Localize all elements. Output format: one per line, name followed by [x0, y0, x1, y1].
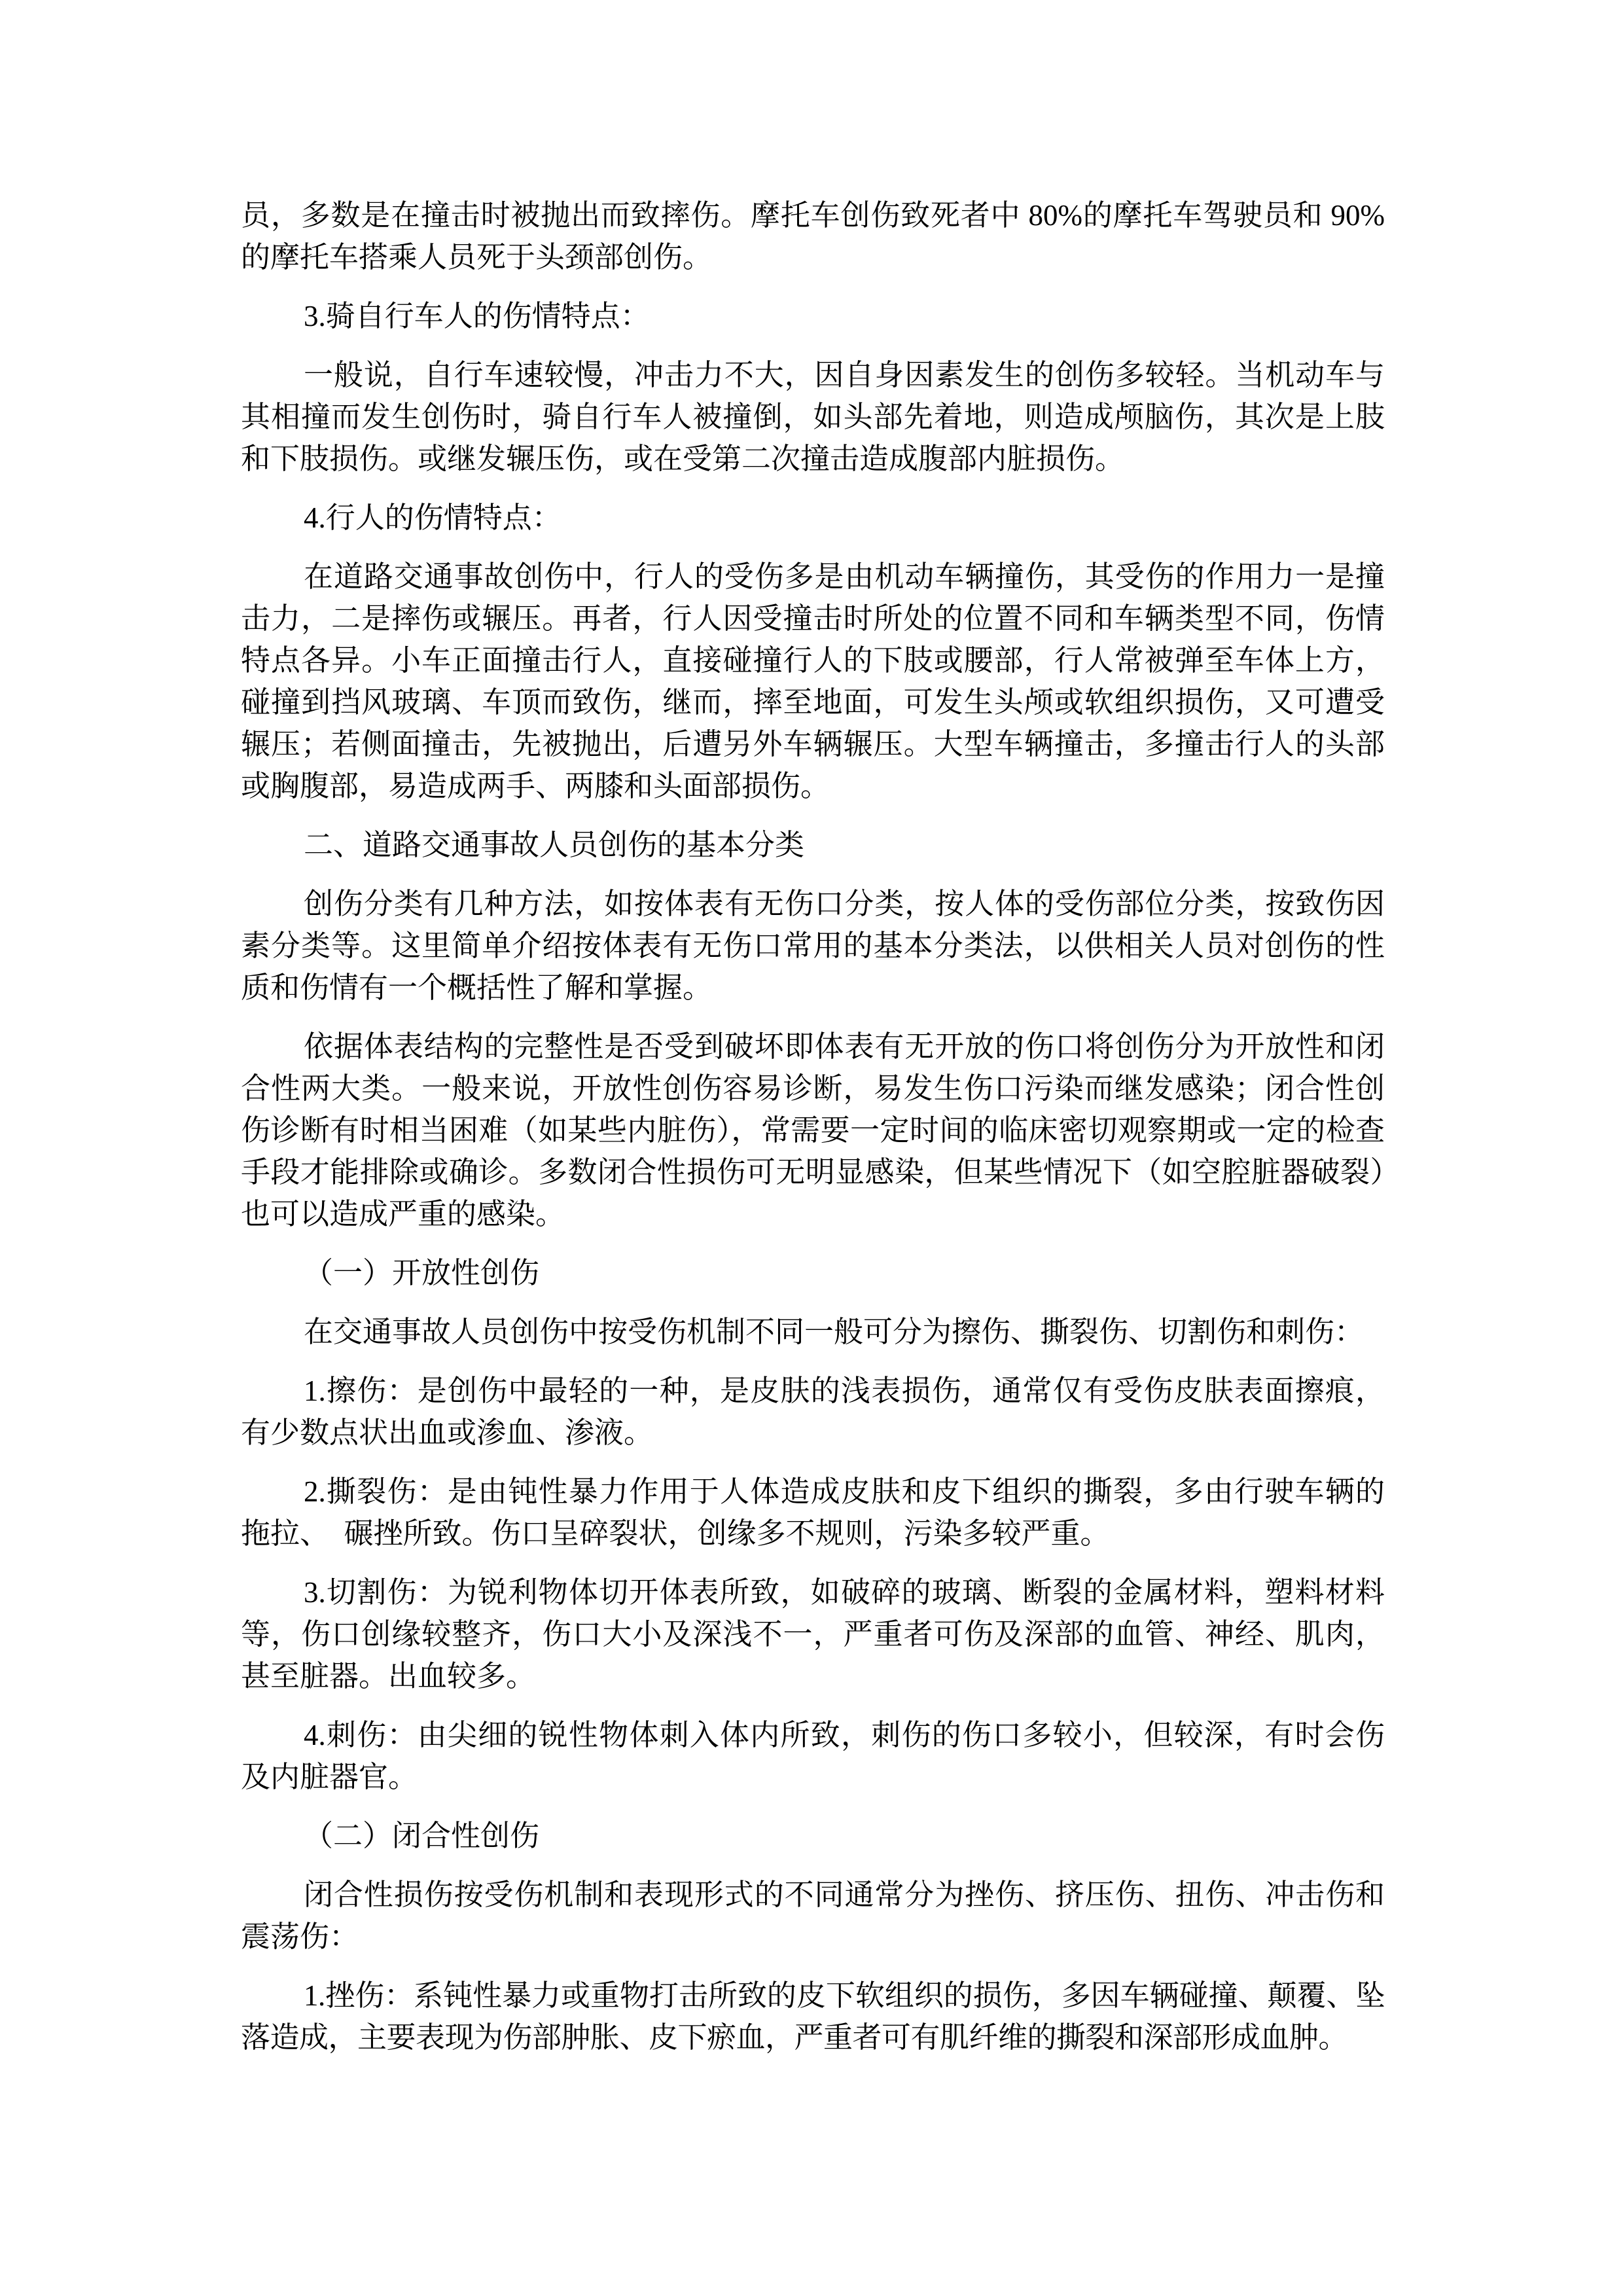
heading-open-wounds: （一）开放性创伤	[241, 1252, 1385, 1294]
heading-cyclist-injury-features: 3.骑自行车人的伤情特点：	[241, 295, 1385, 337]
body-paragraph-cyclist-injuries: 一般说，自行车速较慢，冲击力不大，因自身因素发生的创伤多较轻。当机动车与其相撞而…	[241, 354, 1385, 480]
body-paragraph-incision: 3.切割伤：为锐利物体切开体表所致，如破碎的玻璃、断裂的金属材料，塑料材料等，伤…	[241, 1571, 1385, 1697]
heading-section-2-basic-classification: 二、道路交通事故人员创伤的基本分类	[241, 824, 1385, 866]
body-paragraph-open-closed-categories: 依据体表结构的完整性是否受到破坏即体表有无开放的伤口将创伤分为开放性和闭合性两大…	[241, 1026, 1385, 1235]
body-paragraph-motorcycle-deaths: 员，多数是在撞击时被抛出而致摔伤。摩托车创伤致死者中 80%的摩托车驾驶员和 9…	[241, 194, 1385, 278]
body-paragraph-pedestrian-injuries: 在道路交通事故创伤中，行人的受伤多是由机动车辆撞伤，其受伤的作用力一是撞击力，二…	[241, 556, 1385, 807]
body-paragraph-closed-wound-types: 闭合性损伤按受伤机制和表现形式的不同通常分为挫伤、挤压伤、扭伤、冲击伤和震荡伤：	[241, 1874, 1385, 1958]
text-block: 员，多数是在撞击时被抛出而致摔伤。摩托车创伤致死者中 80%的摩托车驾驶员和 9…	[241, 194, 1385, 2075]
body-paragraph-puncture: 4.刺伤：由尖细的锐性物体刺入体内所致，刺伤的伤口多较小，但较深，有时会伤及内脏…	[241, 1714, 1385, 1798]
body-paragraph-open-wound-types: 在交通事故人员创伤中按受伤机制不同一般可分为擦伤、撕裂伤、切割伤和刺伤：	[241, 1311, 1385, 1353]
body-paragraph-laceration: 2.撕裂伤：是由钝性暴力作用于人体造成皮肤和皮下组织的撕裂，多由行驶车辆的拖拉、…	[241, 1471, 1385, 1554]
body-paragraph-abrasion: 1.擦伤：是创伤中最轻的一种，是皮肤的浅表损伤，通常仅有受伤皮肤表面擦痕，有少数…	[241, 1370, 1385, 1454]
body-paragraph-contusion: 1.挫伤：系钝性暴力或重物打击所致的皮下软组织的损伤，多因车辆碰撞、颠覆、坠落造…	[241, 1975, 1385, 2058]
document-page: 员，多数是在撞击时被抛出而致摔伤。摩托车创伤致死者中 80%的摩托车驾驶员和 9…	[0, 0, 1623, 2296]
body-paragraph-classification-methods: 创伤分类有几种方法，如按体表有无伤口分类，按人体的受伤部位分类，按致伤因素分类等…	[241, 883, 1385, 1009]
heading-closed-wounds: （二）闭合性创伤	[241, 1815, 1385, 1857]
heading-pedestrian-injury-features: 4.行人的伤情特点：	[241, 497, 1385, 539]
